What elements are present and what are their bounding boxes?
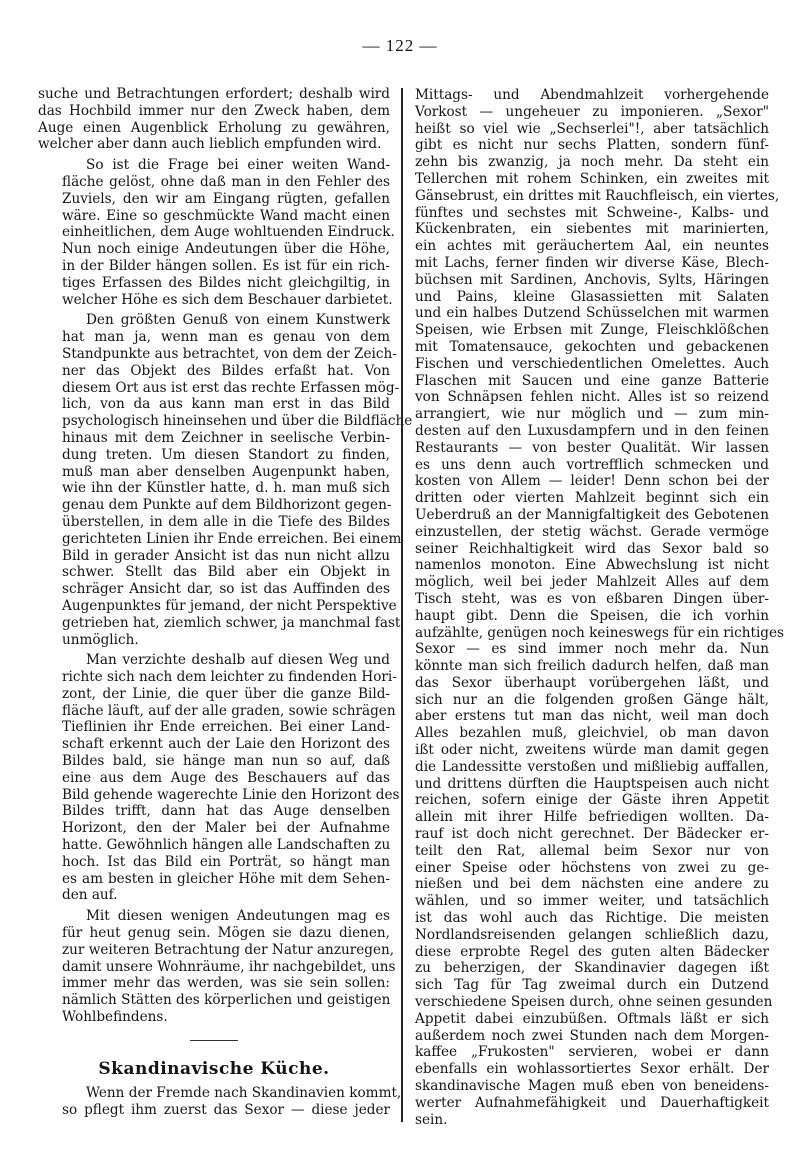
text-line: büchsen mit Sardinen, Anchovis, Sylts, H… <box>415 272 769 289</box>
text-line: schräger Ansicht dar, so ist das Auffind… <box>38 581 390 598</box>
text-line: Mittags- und Abendmahlzeit vorhergehende <box>415 87 769 104</box>
text-line: gibt es nicht nur sechs Platten, sondern… <box>415 137 769 154</box>
paragraph: Mit diesen wenigen Andeutungen mag es fü… <box>38 908 390 1026</box>
text-line: in der Bilder hängen sollen. Es ist für … <box>38 258 390 275</box>
paragraph: Den größten Genuß von einem Kunstwerk ha… <box>38 312 390 648</box>
text-line: Bild gehende wagerechte Linie den Horizo… <box>38 787 390 804</box>
text-line: Bildes trifft, dann hat das Auge denselb… <box>38 803 390 820</box>
text-line: Bild in gerader Ansicht ist das nun nich… <box>38 548 390 565</box>
text-line: wäre. Eine so geschmückte Wand macht ein… <box>38 208 390 225</box>
paragraph: Mittags- und Abendmahlzeit vorhergehende… <box>415 87 769 1128</box>
text-line: diese erprobte Regel des guten alten Bäd… <box>415 944 769 961</box>
text-line: dung treten. Um diesen Standort zu finde… <box>38 447 390 464</box>
text-line: das Hochbild immer nur den Zweck haben, … <box>38 103 390 120</box>
text-line: reichen, sofern einige der Gäste ihren A… <box>415 792 769 809</box>
text-line: aufzählte, genügen noch keineswegs für e… <box>415 625 769 642</box>
text-line: wählen, und so immer weiter, und tatsäch… <box>415 893 769 910</box>
text-line: Appetit dabei einzubüßen. Oftmals läßt e… <box>415 1011 769 1028</box>
text-line: nießen und bei dem nächsten eine andere … <box>415 876 769 893</box>
text-line: Kückenbraten, ein siebentes mit marinier… <box>415 221 769 238</box>
text-line: ebenfalls ein wohlassortiertes Sexor erh… <box>415 1061 769 1078</box>
text-line: allein mit ihrer Hilfe befriedigen wollt… <box>415 809 769 826</box>
text-line: Flaschen mit Saucen und eine ganze Batte… <box>415 373 769 390</box>
text-line: Nun noch einige Andeutungen über die Höh… <box>38 241 390 258</box>
column-divider <box>401 88 403 1122</box>
text-line: es am besten in gleicher Höhe mit dem Se… <box>38 871 390 888</box>
text-line: zont, der Linie, die quer über die ganze… <box>38 686 390 703</box>
left-column: suche und Betrachtungen erfordert; desha… <box>38 86 390 1118</box>
text-line: Man verzichte deshalb auf diesen Weg und <box>38 652 390 669</box>
text-line: gerichteten Linien ihr Ende erreichen. B… <box>38 531 390 548</box>
text-line: Bildes bald, sie hänge man nun so auf, d… <box>38 753 390 770</box>
text-line: haupt gibt. Denn die Speisen, die ich vo… <box>415 608 769 625</box>
text-line: Auge einen Augenblick Erholung zu gewähr… <box>38 120 390 137</box>
text-line: Tisch steht, was es von eßbaren Dingen ü… <box>415 591 769 608</box>
text-line: immer mehr das werden, was sie sein soll… <box>38 975 390 992</box>
text-line: kaffee „Frukosten" servieren, wobei er d… <box>415 1044 769 1061</box>
text-line: fläche läuft, auf der alle graden, sowie… <box>38 703 390 720</box>
text-line: namenlos monoton. Eine Abwechslung ist n… <box>415 557 769 574</box>
text-line: ner das Objekt des Bildes erfaßt hat. Vo… <box>38 363 390 380</box>
text-line: wie ihn der Künstler hatte, d. h. man mu… <box>38 480 390 497</box>
text-line: arrangiert, wie nur möglich und — zum mi… <box>415 406 769 423</box>
text-line: kosten von Allem — leider! Denn schon be… <box>415 473 769 490</box>
text-line: seiner Reichhaltigkeit wird das Sexor ba… <box>415 541 769 558</box>
text-line: diesem Ort aus ist erst das rechte Erfas… <box>38 380 390 397</box>
text-line: teilt den Rat, allemal beim Sexor nur vo… <box>415 843 769 860</box>
text-line: desten auf den Luxusdampfern und in den … <box>415 423 769 440</box>
text-line: überstellen, in dem alle in die Tiefe de… <box>38 514 390 531</box>
text-line: lich, von da aus kann man erst in das Bi… <box>38 396 390 413</box>
text-line: das Sexor überhaupt vorübergehen läßt, u… <box>415 675 769 692</box>
text-line: unmöglich. <box>38 632 390 649</box>
text-line: einer Speise oder höchstens von zwei zu … <box>415 860 769 877</box>
paragraph: So ist die Frage bei einer weiten Wand- … <box>38 157 390 308</box>
text-line: werter Aufnahmefähigkeit und Dauerhaftig… <box>415 1095 769 1112</box>
text-line: für heut genug sein. Mögen sie dazu dien… <box>38 925 390 942</box>
text-line: tiges Erfassen des Bildes nicht gleichgi… <box>38 275 390 292</box>
text-line: welcher Höhe es sich dem Beschauer darbi… <box>38 292 390 309</box>
text-line: hat man ja, wenn man es genau von dem <box>38 329 390 346</box>
text-line: genau dem Punkte auf dem Bildhorizont ge… <box>38 497 390 514</box>
text-line: Alles bezahlen muß, gleichviel, ob man d… <box>415 725 769 742</box>
text-line: Tieflinien ihr Ende erreichen. Bei einer… <box>38 719 390 736</box>
text-line: Ueberdruß an der Mannigfaltigkeit des Ge… <box>415 507 769 524</box>
text-line: Tellerchen mit rohem Schinken, ein zweit… <box>415 171 769 188</box>
text-line: zur weiteren Betrachtung der Natur anzur… <box>38 942 390 959</box>
paragraph: Wenn der Fremde nach Skandinavien kommt,… <box>38 1085 390 1119</box>
text-line: So ist die Frage bei einer weiten Wand- <box>38 157 390 174</box>
text-line: damit unsere Wohnräume, ihr nachgebildet… <box>38 959 390 976</box>
text-line: eine aus dem Auge des Beschauers auf das <box>38 770 390 787</box>
text-line: heißt so viel wie „Sechserlei"!, aber ta… <box>415 121 769 138</box>
text-line: die Landessitte verstoßen und mißliebig … <box>415 759 769 776</box>
text-line: zu beherzigen, der Skandinavier dagegen … <box>415 960 769 977</box>
text-line: skandinavische Magen muß eben von beneid… <box>415 1078 769 1095</box>
text-line: Vorkost — ungeheuer zu imponieren. „Sexo… <box>415 104 769 121</box>
text-line: so pflegt ihm zuerst das Sexor — diese j… <box>38 1102 390 1119</box>
text-line: sich nur an die folgenden großen Gänge h… <box>415 692 769 709</box>
text-line: sich Tag für Tag zweimal durch ein Dutze… <box>415 977 769 994</box>
text-line: mit Tomatensauce, gekochten und gebacken… <box>415 339 769 356</box>
text-line: Sexor — es sind immer noch mehr da. Nun <box>415 641 769 658</box>
text-line: richte sich nach dem leichter zu findend… <box>38 669 390 686</box>
text-line: schaft erkennt auch der Laie den Horizon… <box>38 736 390 753</box>
text-line: Nordlandsreisenden gelangen schließlich … <box>415 927 769 944</box>
page-number: — 122 — <box>0 36 800 56</box>
text-line: Standpunkte aus betrachtet, von dem der … <box>38 346 390 363</box>
text-line: außerdem noch zwei Stunden nach dem Morg… <box>415 1028 769 1045</box>
text-line: ißt oder nicht, zweitens würde man damit… <box>415 742 769 759</box>
text-line: einheitlichen, dem Auge wohltuenden Eind… <box>38 224 390 241</box>
text-line: Fischen und verschiedentlichen Omelettes… <box>415 356 769 373</box>
text-line: ist das wohl auch das Richtige. Die meis… <box>415 910 769 927</box>
text-line: rauf ist doch nicht gerechnet. Der Bädec… <box>415 826 769 843</box>
text-line: suche und Betrachtungen erfordert; desha… <box>38 86 390 103</box>
text-line: aber erstens tut man das nicht, weil man… <box>415 708 769 725</box>
text-line: hatte. Gewöhnlich hängen alle Landschaft… <box>38 837 390 854</box>
text-line: Gänsebrust, ein drittes mit Rauchfleisch… <box>415 188 769 205</box>
text-line: hinaus mit dem Zeichner in seelische Ver… <box>38 430 390 447</box>
text-line: schwer. Stellt das Bild aber ein Objekt … <box>38 564 390 581</box>
text-line: Wohlbefindens. <box>38 1009 390 1026</box>
text-line: von Schnäpsen fehlen nicht. Alles ist so… <box>415 389 769 406</box>
text-line: zehn bis zwanzig, ja noch mehr. Da steht… <box>415 154 769 171</box>
text-line: Horizont, den der Maler bei der Aufnahme <box>38 820 390 837</box>
text-line: fläche gelöst, ohne daß man in den Fehle… <box>38 174 390 191</box>
text-line: muß man aber denselben Augenpunkt haben, <box>38 464 390 481</box>
text-line: einzustellen, der stetig wächst. Gerade … <box>415 524 769 541</box>
text-line: und drittens dürften die Hauptspeisen au… <box>415 776 769 793</box>
text-line: es uns denn auch vortrefflich schmecken … <box>415 457 769 474</box>
text-line: könnte man sich freilich dadurch helfen,… <box>415 658 769 675</box>
text-line: Speisen, wie Erbsen mit Zunge, Fleischkl… <box>415 322 769 339</box>
text-line: welcher aber dann auch lieblich empfunde… <box>38 136 390 153</box>
text-line: Mit diesen wenigen Andeutungen mag es <box>38 908 390 925</box>
text-line: psychologisch hineinsehen und über die B… <box>38 413 390 430</box>
text-line: Wenn der Fremde nach Skandinavien kommt, <box>38 1085 390 1102</box>
text-line: verschiedene Speisen durch, ohne seinen … <box>415 994 769 1011</box>
section-divider <box>190 1040 238 1041</box>
text-line: und Pains, kleine Glasassietten mit Sala… <box>415 289 769 306</box>
text-line: mit Lachs, ferner finden wir diverse Käs… <box>415 255 769 272</box>
text-line: sein. <box>415 1112 769 1129</box>
text-line: und ein halbes Dutzend Schüsselchen mit … <box>415 305 769 322</box>
right-column: Mittags- und Abendmahlzeit vorhergehende… <box>415 87 769 1128</box>
paragraph: suche und Betrachtungen erfordert; desha… <box>38 86 390 153</box>
section-title: Skandinavische Küche. <box>38 1057 390 1081</box>
text-line: dritten oder vierten Mahlzeit beginnt si… <box>415 490 769 507</box>
text-line: den auf. <box>38 887 390 904</box>
text-line: hoch. Ist das Bild ein Porträt, so hängt… <box>38 854 390 871</box>
text-line: Zuviels, den wir am Eingang rügten, gefa… <box>38 191 390 208</box>
text-line: nämlich Stätten des körperlichen und gei… <box>38 992 390 1009</box>
text-line: ein achtes mit geräuchertem Aal, ein neu… <box>415 238 769 255</box>
text-line: möglich, weil bei jeder Mahlzeit Alles a… <box>415 574 769 591</box>
text-line: Augenpunktes für jemand, der nicht Persp… <box>38 598 390 615</box>
text-line: getrieben hat, ziemlich schwer, ja manch… <box>38 615 390 632</box>
text-line: fünftes und sechstes mit Schweine-, Kalb… <box>415 205 769 222</box>
paragraph: Man verzichte deshalb auf diesen Weg und… <box>38 652 390 904</box>
text-line: Restaurants — von bester Qualität. Wir l… <box>415 440 769 457</box>
text-line: Den größten Genuß von einem Kunstwerk <box>38 312 390 329</box>
